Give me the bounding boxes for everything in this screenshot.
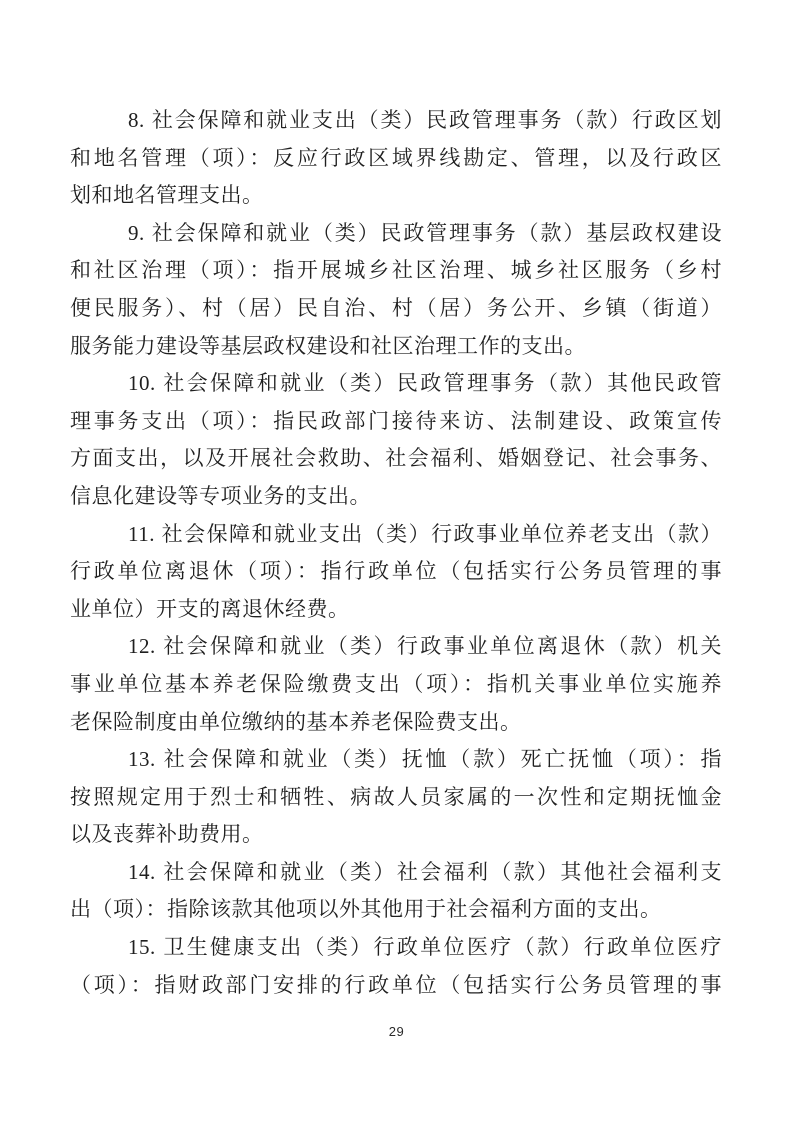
text-line: 9. 社会保障和就业（类）民政管理事务（款）基层政权建设	[70, 215, 722, 253]
text-line: 事业单位基本养老保险缴费支出（项）：指机关事业单位实施养	[70, 666, 722, 704]
paragraph: 14. 社会保障和就业（类）社会福利（款）其他社会福利支出（项）：指除该款其他项…	[70, 854, 722, 929]
text-line: 11. 社会保障和就业支出（类）行政事业单位养老支出（款）	[70, 516, 722, 554]
text-line: 和社区治理（项）：指开展城乡社区治理、城乡社区服务（乡村	[70, 252, 722, 290]
paragraph: 9. 社会保障和就业（类）民政管理事务（款）基层政权建设和社区治理（项）：指开展…	[70, 215, 722, 365]
text-line: 便民服务）、村（居）民自治、村（居）务公开、乡镇（街道）	[70, 290, 722, 328]
document-body: 8. 社会保障和就业支出（类）民政管理事务（款）行政区划和地名管理（项）：反应行…	[70, 102, 722, 1004]
paragraph: 12. 社会保障和就业（类）行政事业单位离退休（款）机关事业单位基本养老保险缴费…	[70, 628, 722, 741]
text-line: 10. 社会保障和就业（类）民政管理事务（款）其他民政管	[70, 365, 722, 403]
document-page: 8. 社会保障和就业支出（类）民政管理事务（款）行政区划和地名管理（项）：反应行…	[0, 0, 793, 1122]
text-line: 出（项）：指除该款其他项以外其他用于社会福利方面的支出。	[70, 891, 722, 929]
text-line: 8. 社会保障和就业支出（类）民政管理事务（款）行政区划	[70, 102, 722, 140]
text-line: 方面支出，以及开展社会救助、社会福利、婚姻登记、社会事务、	[70, 440, 722, 478]
paragraph: 10. 社会保障和就业（类）民政管理事务（款）其他民政管理事务支出（项）：指民政…	[70, 365, 722, 515]
text-line: 老保险制度由单位缴纳的基本养老保险费支出。	[70, 704, 722, 742]
text-line: 划和地名管理支出。	[70, 177, 722, 215]
paragraph: 13. 社会保障和就业（类）抚恤（款）死亡抚恤（项）：指按照规定用于烈士和牺牲、…	[70, 741, 722, 854]
text-line: 13. 社会保障和就业（类）抚恤（款）死亡抚恤（项）：指	[70, 741, 722, 779]
page-number: 29	[0, 1024, 793, 1039]
text-line: 和地名管理（项）：反应行政区域界线勘定、管理，以及行政区	[70, 140, 722, 178]
text-line: 业单位）开支的离退休经费。	[70, 591, 722, 629]
text-line: 按照规定用于烈士和牺牲、病故人员家属的一次性和定期抚恤金	[70, 779, 722, 817]
text-line: 12. 社会保障和就业（类）行政事业单位离退休（款）机关	[70, 628, 722, 666]
paragraph: 11. 社会保障和就业支出（类）行政事业单位养老支出（款）行政单位离退休（项）：…	[70, 516, 722, 629]
text-line: 信息化建设等专项业务的支出。	[70, 478, 722, 516]
text-line: （项）：指财政部门安排的行政单位（包括实行公务员管理的事	[70, 967, 722, 1005]
text-line: 以及丧葬补助费用。	[70, 816, 722, 854]
text-line: 理事务支出（项）：指民政部门接待来访、法制建设、政策宣传	[70, 403, 722, 441]
text-line: 行政单位离退休（项）：指行政单位（包括实行公务员管理的事	[70, 553, 722, 591]
text-line: 14. 社会保障和就业（类）社会福利（款）其他社会福利支	[70, 854, 722, 892]
text-line: 服务能力建设等基层政权建设和社区治理工作的支出。	[70, 328, 722, 366]
text-line: 15. 卫生健康支出（类）行政单位医疗（款）行政单位医疗	[70, 929, 722, 967]
paragraph: 15. 卫生健康支出（类）行政单位医疗（款）行政单位医疗（项）：指财政部门安排的…	[70, 929, 722, 1004]
paragraph: 8. 社会保障和就业支出（类）民政管理事务（款）行政区划和地名管理（项）：反应行…	[70, 102, 722, 215]
